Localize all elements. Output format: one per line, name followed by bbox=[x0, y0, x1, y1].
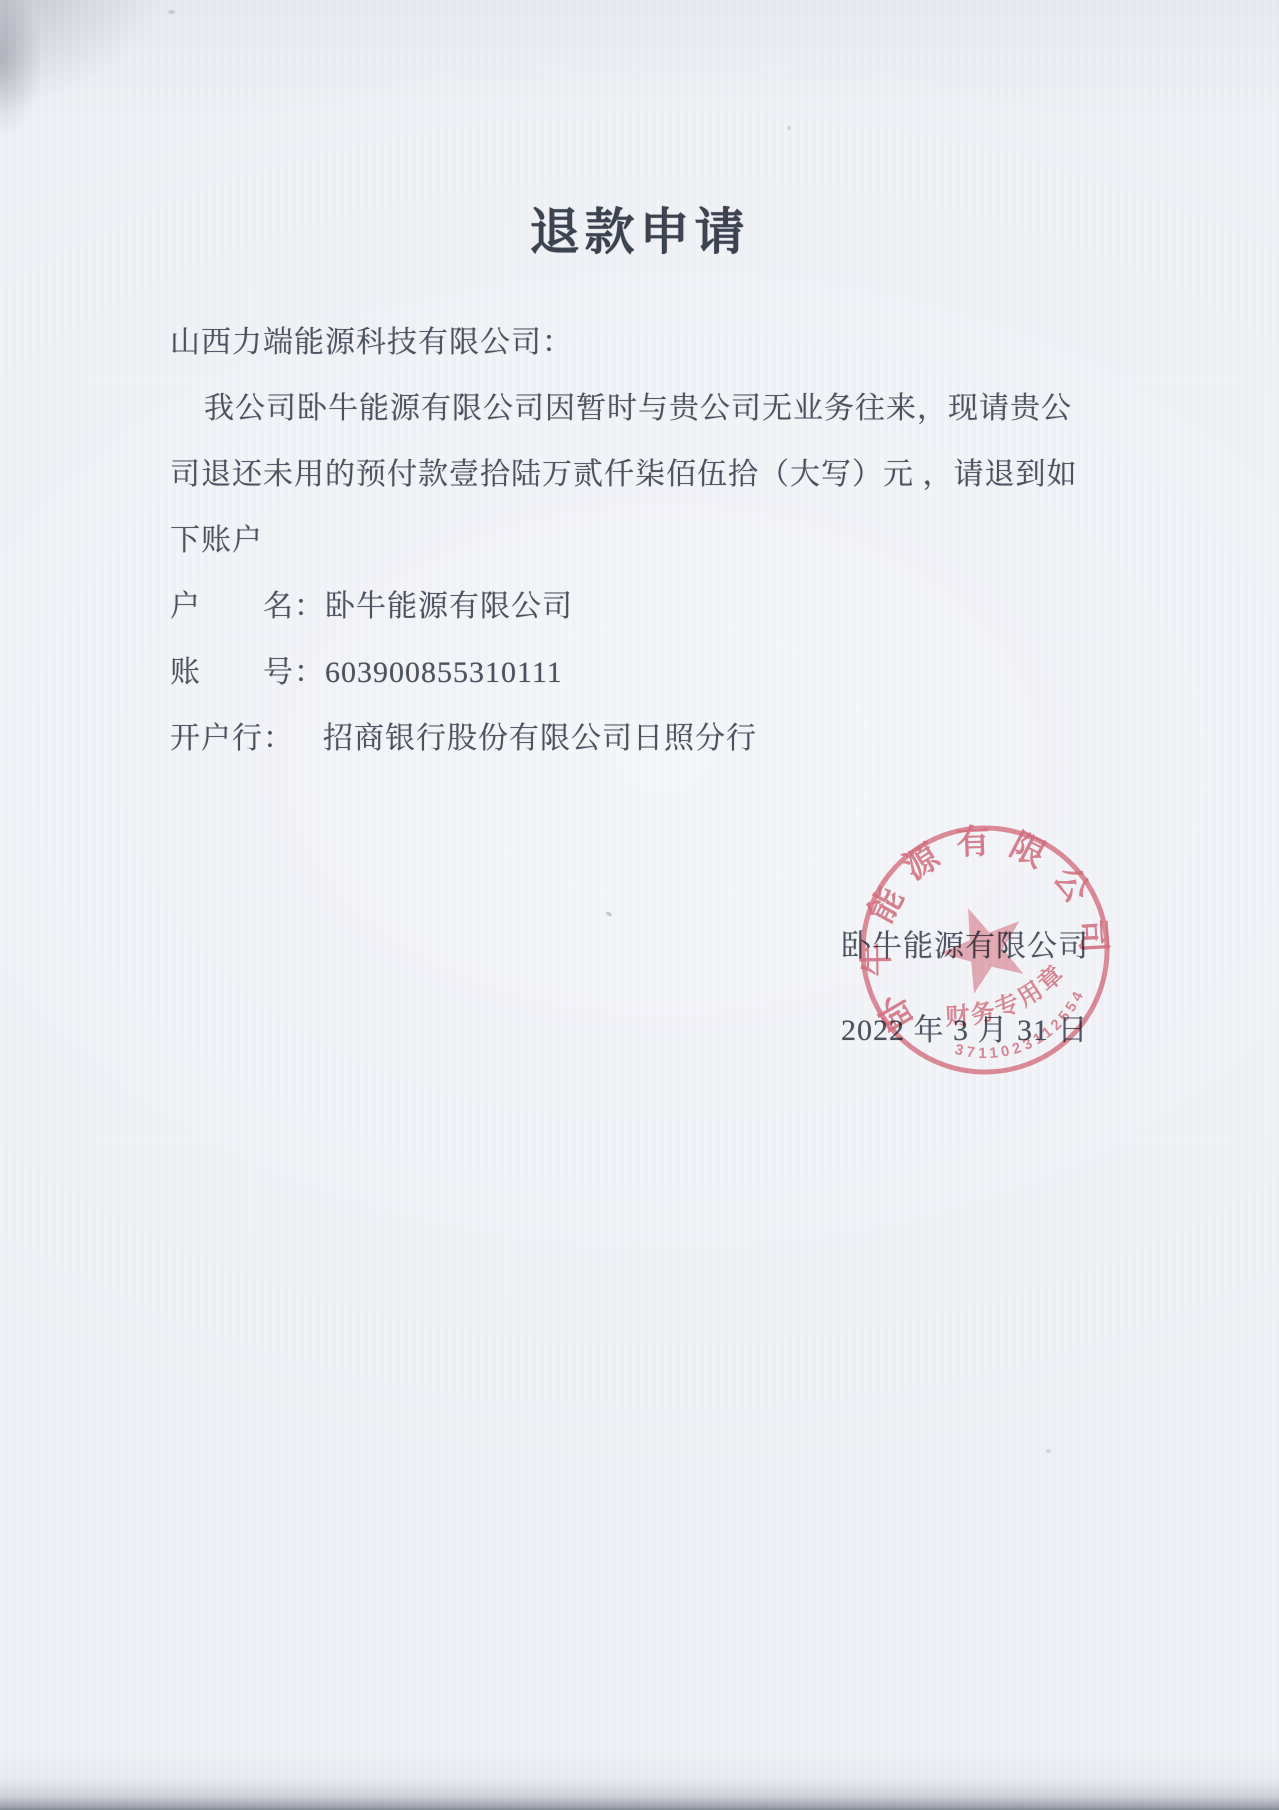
account-name-value: 卧牛能源有限公司 bbox=[325, 590, 573, 623]
scan-speck bbox=[1046, 1449, 1051, 1453]
salutation-line: 山西力端能源科技有限公司： bbox=[170, 310, 1130, 376]
account-name-row: 户 名：卧牛能源有限公司 bbox=[170, 574, 1130, 640]
page-bottom-edge-shadow bbox=[0, 1780, 1279, 1810]
document-body: 山西力端能源科技有限公司： 我公司卧牛能源有限公司因暂时与贵公司无业务往来，现请… bbox=[170, 310, 1130, 772]
scanned-document-page: 退款申请 山西力端能源科技有限公司： 我公司卧牛能源有限公司因暂时与贵公司无业务… bbox=[0, 0, 1279, 1810]
body-line-2: 司退还未用的预付款壹拾陆万贰仟柒佰伍拾（大写）元 ，请退到如 bbox=[170, 442, 1130, 508]
signature-company: 卧牛能源有限公司 bbox=[841, 921, 1089, 965]
scan-texture-overlay bbox=[0, 0, 1279, 1810]
account-number-value: 603900855310111 bbox=[325, 656, 563, 689]
signature-block: 卧牛能源有限公司 2022 年 3 月 31 日 bbox=[841, 921, 1089, 1049]
scan-speck bbox=[787, 126, 791, 130]
body-line-3: 下账户 bbox=[170, 508, 1130, 574]
signature-date: 2022 年 3 月 31 日 bbox=[841, 1005, 1089, 1049]
bank-branch-label: 开户行： bbox=[170, 706, 323, 772]
body-line-1: 我公司卧牛能源有限公司因暂时与贵公司无业务往来，现请贵公 bbox=[170, 376, 1130, 442]
scan-speck bbox=[168, 10, 175, 14]
account-number-label: 账 号： bbox=[170, 640, 325, 706]
bank-branch-row: 开户行：招商银行股份有限公司日照分行 bbox=[170, 706, 1130, 772]
account-number-row: 账 号：603900855310111 bbox=[170, 640, 1130, 706]
bank-branch-value: 招商银行股份有限公司日照分行 bbox=[323, 722, 757, 755]
scan-speck bbox=[605, 911, 612, 918]
account-name-label: 户 名： bbox=[170, 574, 325, 640]
document-title: 退款申请 bbox=[0, 192, 1279, 264]
